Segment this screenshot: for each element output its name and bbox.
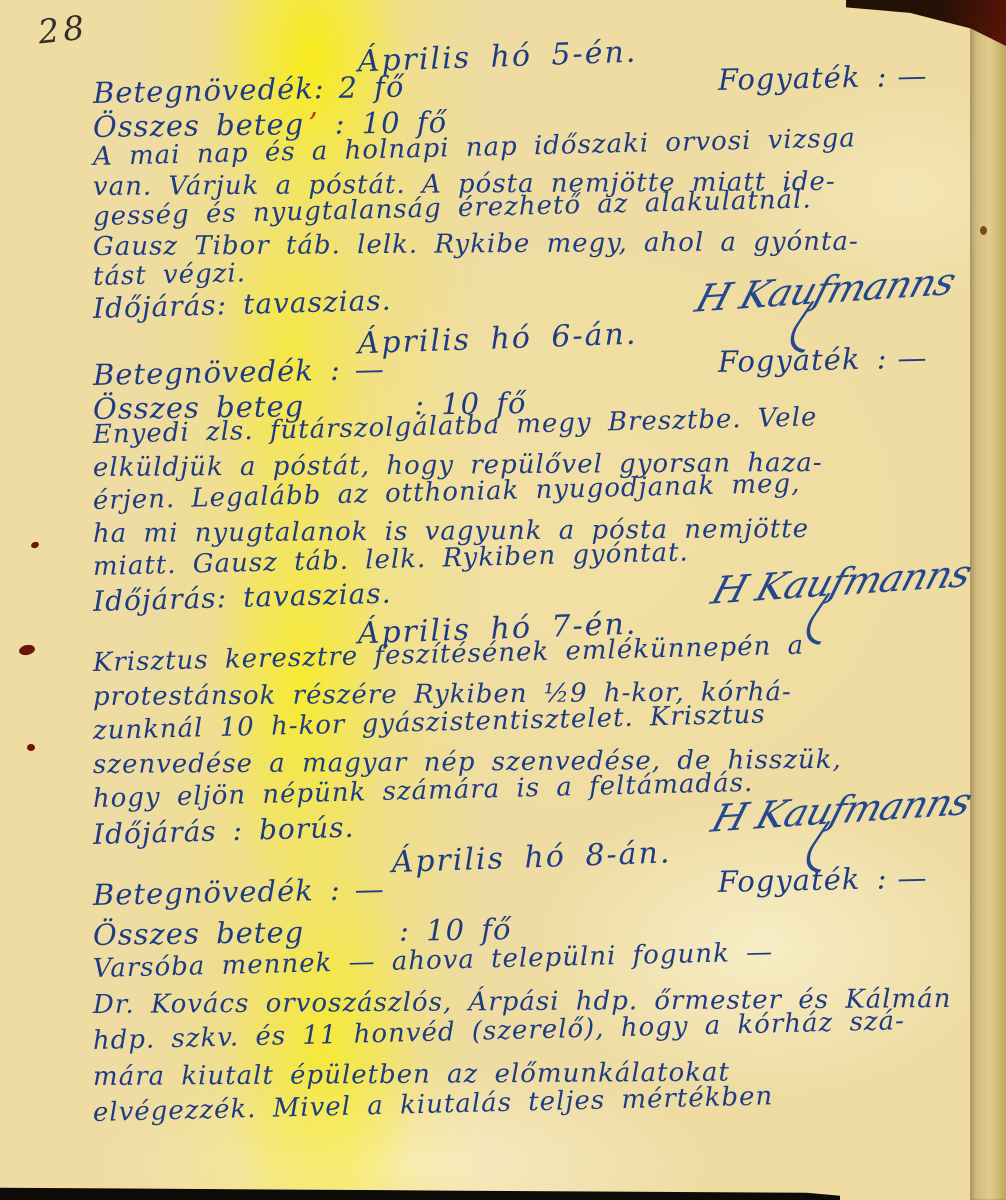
total-patients-value: : 10 fő bbox=[399, 912, 512, 948]
casualty-value: — bbox=[897, 59, 928, 94]
patient-gain-value: — bbox=[354, 352, 385, 387]
patient-gain-label: Betegnövedék : bbox=[93, 353, 341, 392]
patient-gain: Betegnövedék :— bbox=[93, 352, 385, 392]
casualty: Fogyaték :— bbox=[718, 59, 928, 97]
total-patients-label: Összes beteg bbox=[93, 915, 305, 952]
casualty-value: — bbox=[897, 861, 928, 896]
patient-gain: Betegnövedék :— bbox=[93, 872, 385, 912]
casualty-value: — bbox=[897, 341, 928, 376]
weather-value: tavaszias. bbox=[243, 284, 392, 321]
page-number: 28 bbox=[36, 7, 90, 51]
patient-gain-value: 2 fő bbox=[338, 69, 405, 104]
patient-gain-label: Betegnövedék : bbox=[93, 873, 341, 912]
patient-gain-label: Betegnövedék: bbox=[93, 71, 325, 110]
casualty: Fogyaték :— bbox=[718, 341, 928, 379]
casualty-label: Fogyaték : bbox=[718, 59, 888, 97]
handwriting-layer: 28 Április hó 5-én. Betegnövedék:2 fő Fo… bbox=[0, 0, 1006, 1200]
patient-gain-value: — bbox=[354, 872, 385, 907]
casualty-label: Fogyaték : bbox=[717, 861, 887, 899]
diary-page-scan: 28 Április hó 5-én. Betegnövedék:2 fő Fo… bbox=[0, 0, 1006, 1200]
weather-value: tavaszias. bbox=[243, 577, 392, 614]
diary-entry-april-8: Április hó 8-án. Betegnövedék :— Fogyaté… bbox=[85, 840, 986, 1134]
patient-gain: Betegnövedék:2 fő bbox=[93, 69, 405, 110]
